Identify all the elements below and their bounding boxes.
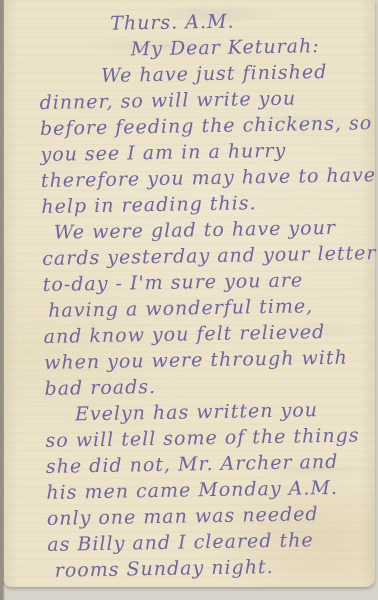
- letter-line: rooms Sunday night.: [55, 552, 375, 584]
- letter-salutation: My Dear Keturah:: [130, 32, 365, 62]
- letter-line: We have just finished: [101, 58, 366, 89]
- letter-paper: Thurs. A.M. My Dear Keturah: We have jus…: [4, 0, 375, 587]
- letter-body: Thurs. A.M. My Dear Keturah: We have jus…: [38, 6, 375, 584]
